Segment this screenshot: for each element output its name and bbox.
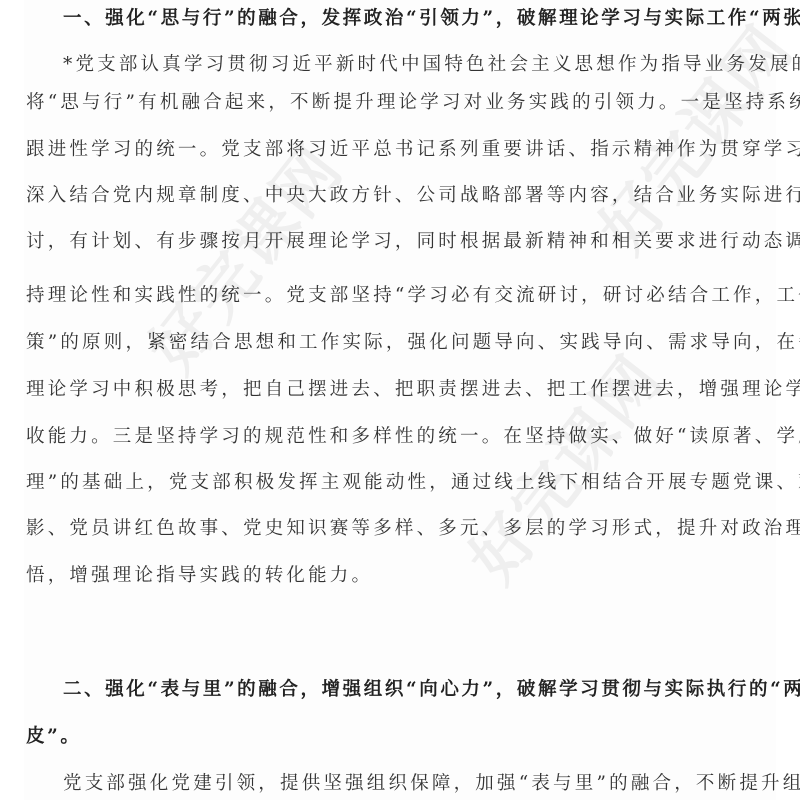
paragraph-line: 持理论性和实践性的统一。党支部坚持“学习必有交流研讨，研讨必结合工作，工作必紧扣… (26, 283, 776, 309)
paragraph-line: 理”的基础上，党支部积极发挥主观能动性，通过线上线下相结合开展专题党课、观看红色… (26, 470, 776, 496)
paragraph-line: 深入结合党内规章制度、中央大政方针、公司战略部署等内容，结合业务实际进行专题政策… (26, 183, 776, 209)
paragraph-line: 将“思与行”有机融合起来，不断提升理论学习对业务实践的引领力。一是坚持系统性学习… (26, 90, 776, 116)
section-2-heading-continued: 皮”。 (26, 724, 776, 750)
paragraph-line: 策”的原则，紧密结合思想和工作实际，强化问题导向、实践导向、需求导向，在每一次政… (26, 330, 776, 356)
paragraph-line: 党支部强化党建引领，提供坚强组织保障，加强“表与里”的融合，不断提升组织“向心 (63, 771, 800, 797)
paragraph-line: 讨，有计划、有步骤按月开展理论学习，同时根据最新精神和相关要求进行动态调整。二是… (26, 229, 776, 255)
paragraph-line: 理论学习中积极思考，把自己摆进去、把职责摆进去、把工作摆进去，增强理论学习的消化… (26, 377, 776, 403)
document-page: 好完课网 好完课网 好完课网 一、强化“思与行”的融合，发挥政治“引领力”，破解… (0, 0, 800, 800)
paragraph-line: 跟进性学习的统一。党支部将习近平总书记系列重要讲话、指示精神作为贯穿学习计划的主… (26, 137, 776, 163)
section-1-heading: 一、强化“思与行”的融合，发挥政治“引领力”，破解理论学习与实际工作“两张皮”。 (63, 6, 800, 32)
paragraph-line: 悟，增强理论指导实践的转化能力。 (26, 563, 776, 589)
section-2-heading: 二、强化“表与里”的融合，增强组织“向心力”，破解学习贯彻与实际执行的“两张 (63, 677, 800, 703)
paragraph-line: *党支部认真学习贯彻习近平新时代中国特色社会主义思想作为指导业务发展的根本遵循， (63, 52, 800, 78)
paragraph-line: 收能力。三是坚持学习的规范性和多样性的统一。在坚持做实、做好“读原著、学原文、悟… (26, 424, 776, 450)
paragraph-line: 影、党员讲红色故事、党史知识赛等多样、多元、多层的学习形式，提升对政治理论的理解… (26, 516, 776, 542)
